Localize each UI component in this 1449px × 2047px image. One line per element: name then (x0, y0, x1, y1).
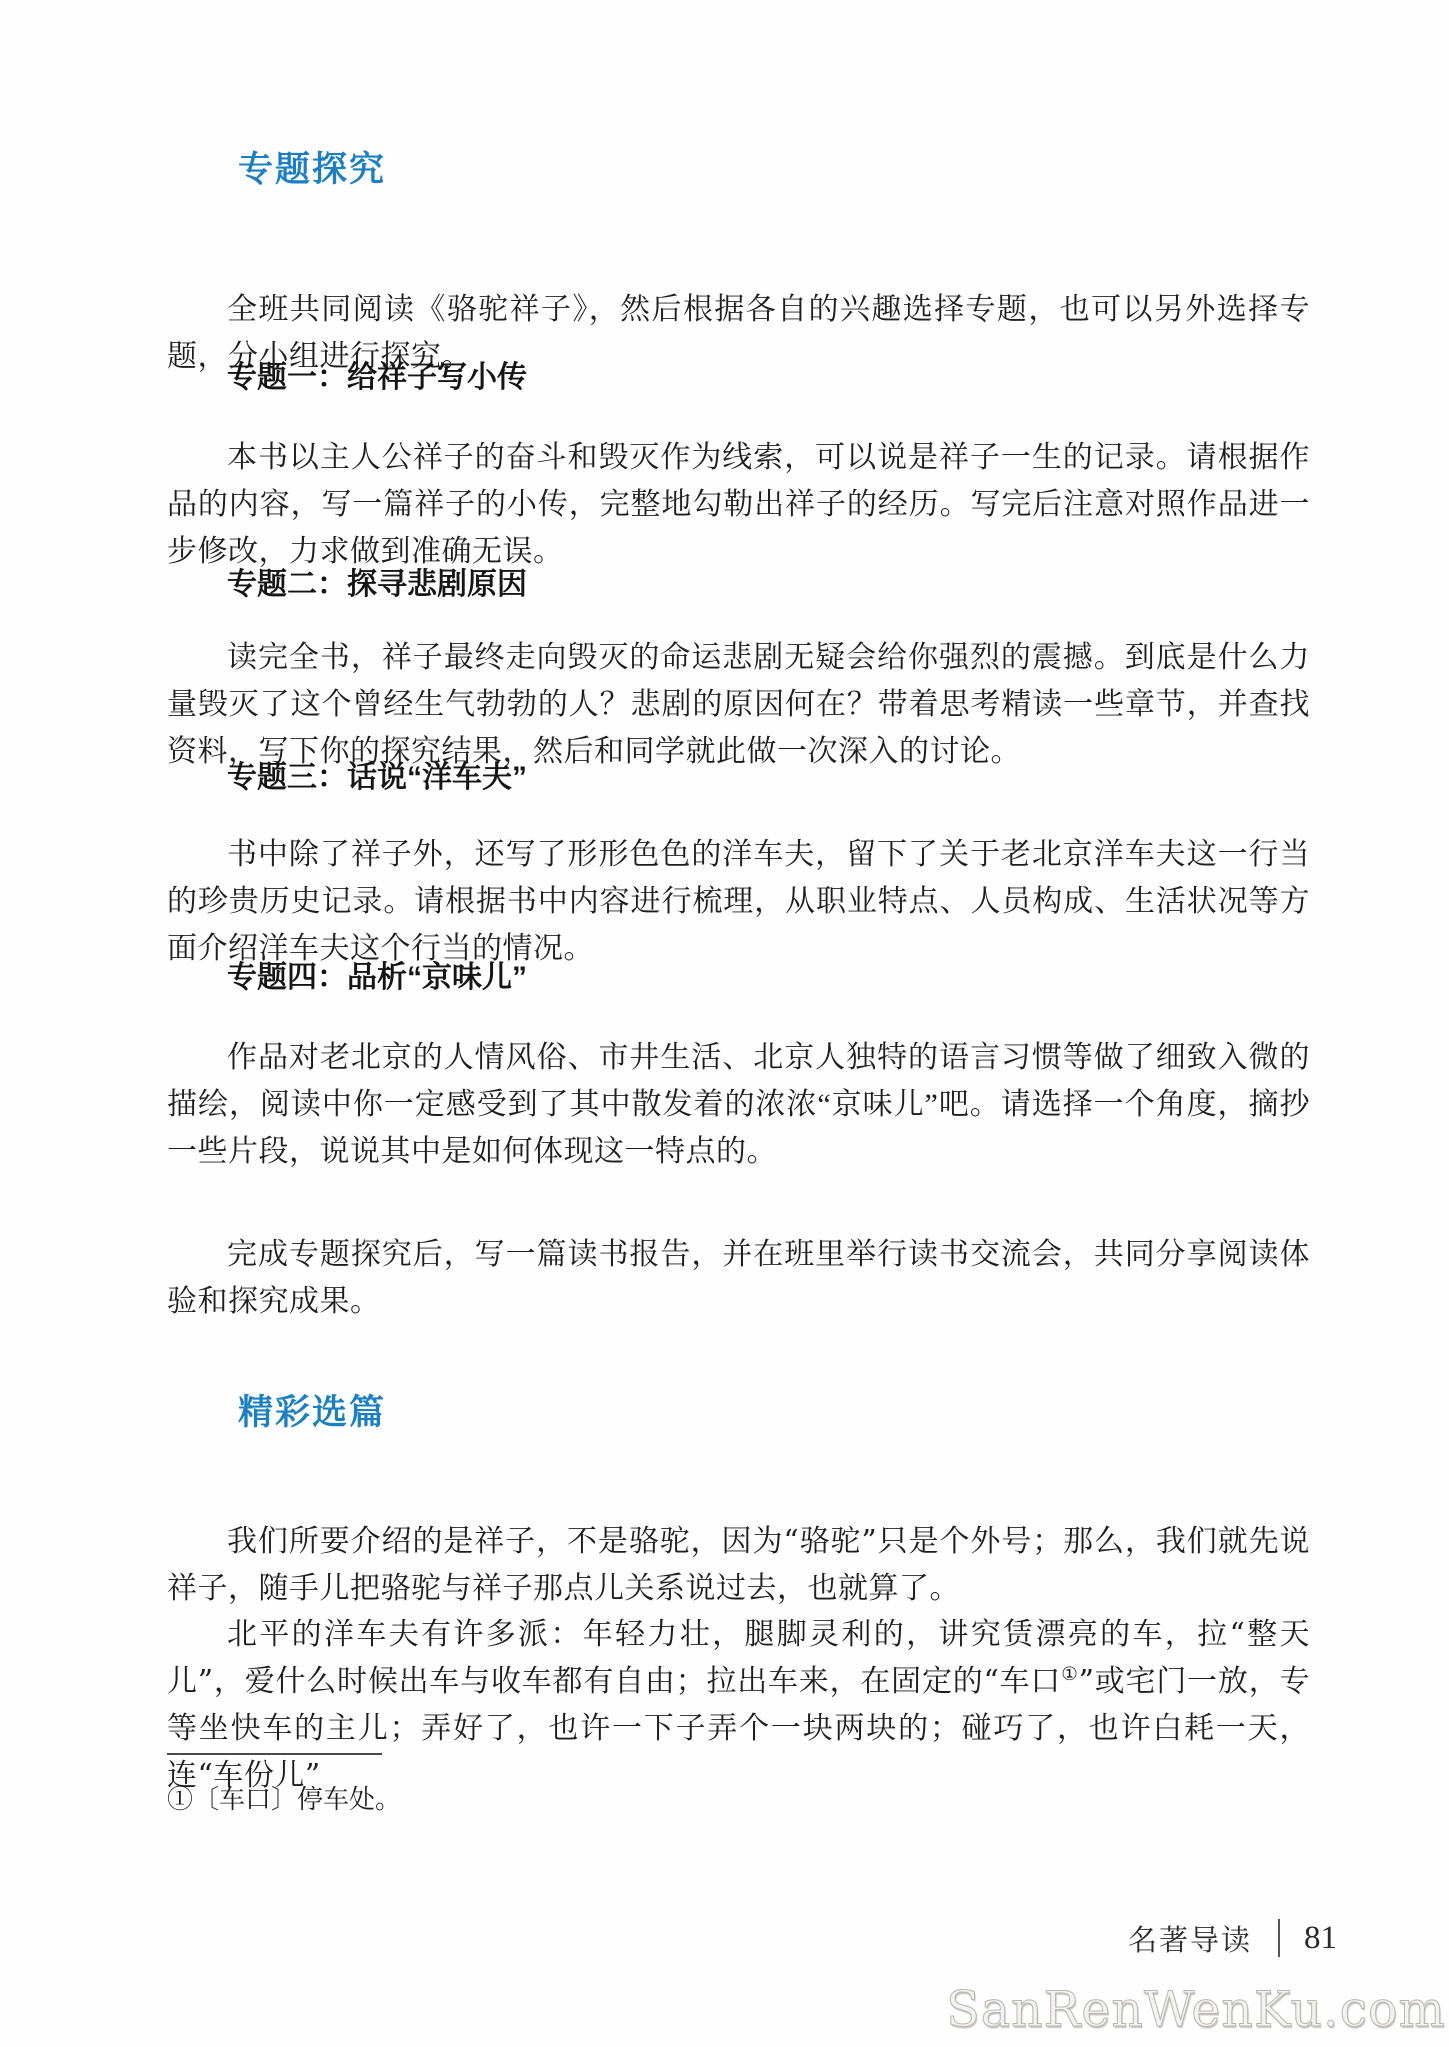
site-watermark: SanRenWenKu.com (946, 1981, 1446, 2038)
topic-2-heading: 专题二：探寻悲剧原因 (167, 561, 1310, 608)
section-title-topic-inquiry: 专题探究 (238, 150, 386, 190)
footnote-reference-marker: ① (1061, 1664, 1078, 1685)
page-footer: 名著导读 81 (1128, 1916, 1337, 1960)
section-title-selected-excerpt: 精彩选篇 (238, 1393, 386, 1433)
topic-1-heading: 专题一：给祥子写小传 (167, 354, 1310, 401)
excerpt-paragraph-2: 北平的洋车夫有许多派：年轻力壮，腿脚灵利的，讲究赁漂亮的车，拉“整天儿”，爱什么… (167, 1611, 1310, 1799)
footer-page-number: 81 (1304, 1920, 1337, 1957)
textbook-page: 专题探究 全班共同阅读《骆驼祥子》，然后根据各自的兴趣选择专题，也可以另外选择专… (0, 0, 1449, 2047)
excerpt-paragraph-1: 我们所要介绍的是祥子，不是骆驼，因为“骆驼”只是个外号；那么，我们就先说祥子，随… (167, 1518, 1310, 1612)
footer-divider-bar (1278, 1919, 1280, 1957)
topic-1-body: 本书以主人公祥子的奋斗和毁灭作为线索，可以说是祥子一生的记录。请根据作品的内容，… (167, 434, 1310, 575)
topic-3-body: 书中除了祥子外，还写了形形色色的洋车夫，留下了关于老北京洋车夫这一行当的珍贵历史… (167, 831, 1310, 972)
topic-3-heading: 专题三：话说“洋车夫” (167, 754, 1310, 801)
topic-4-body: 作品对老北京的人情风俗、市井生活、北京人独特的语言习惯等做了细致入微的描绘，阅读… (167, 1034, 1310, 1175)
closing-paragraph: 完成专题探究后，写一篇读书报告，并在班里举行读书交流会，共同分享阅读体验和探究成… (167, 1231, 1310, 1325)
footnote-marker: ① (167, 1785, 193, 1814)
topic-4-heading: 专题四：品析“京味儿” (167, 954, 1310, 1001)
footnote-divider (167, 1753, 382, 1755)
footer-section-label: 名著导读 (1128, 1918, 1252, 1959)
footnote-text: 〔车口〕停车处。 (193, 1785, 401, 1814)
footnote: ①〔车口〕停车处。 (167, 1780, 1310, 1820)
